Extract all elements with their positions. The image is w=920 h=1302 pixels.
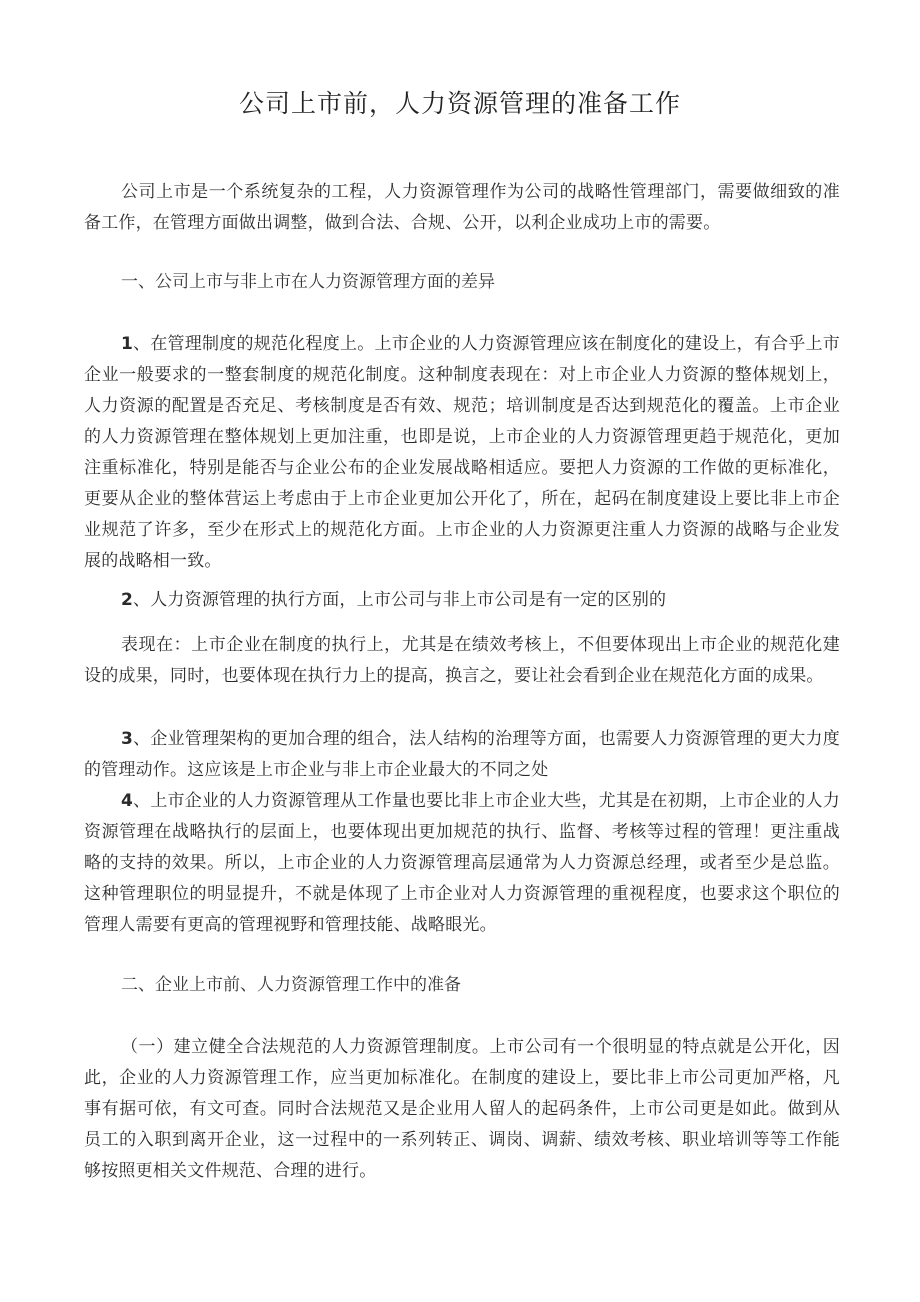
- section-2-item-1: （一）建立健全合法规范的人力资源管理制度。上市公司有一个很明显的特点就是公开化，…: [84, 1032, 840, 1187]
- item-text: 、在管理制度的规范化程度上。上市企业的人力资源管理应该在制度化的建设上，有合乎上…: [84, 334, 840, 571]
- document-title: 公司上市前，人力资源管理的准备工作: [0, 86, 920, 122]
- section-1-item-1: 1、在管理制度的规范化程度上。上市企业的人力资源管理应该在制度化的建设上，有合乎…: [84, 329, 840, 577]
- section-1-item-4: 4、上市企业的人力资源管理从工作量也要比非上市企业大些，尤其是在初期，上市企业的…: [84, 786, 840, 941]
- document-page: 公司上市前，人力资源管理的准备工作 公司上市是一个系统复杂的工程，人力资源管理作…: [0, 0, 920, 1302]
- section-1-item-3: 3、企业管理架构的更加合理的组合，法人结构的治理等方面，也需要人力资源管理的更大…: [84, 724, 840, 786]
- section-1-heading: 一、公司上市与非上市在人力资源管理方面的差异: [84, 267, 840, 298]
- section-1-item-2-detail: 表现在：上市企业在制度的执行上，尤其是在绩效考核上，不但要体现出上市企业的规范化…: [84, 630, 840, 692]
- item-number: 2: [121, 590, 133, 610]
- item-number: 4: [121, 791, 133, 811]
- item-text: 、上市企业的人力资源管理从工作量也要比非上市企业大些，尤其是在初期，上市企业的人…: [84, 791, 840, 935]
- section-1-item-2: 2、人力资源管理的执行方面，上市公司与非上市公司是有一定的区别的: [84, 585, 840, 616]
- intro-paragraph: 公司上市是一个系统复杂的工程，人力资源管理作为公司的战略性管理部门，需要做细致的…: [84, 177, 840, 239]
- item-text: 、人力资源管理的执行方面，上市公司与非上市公司是有一定的区别的: [133, 590, 666, 610]
- item-number: 3: [121, 729, 133, 749]
- item-text: 、企业管理架构的更加合理的组合，法人结构的治理等方面，也需要人力资源管理的更大力…: [84, 729, 840, 780]
- item-number: 1: [121, 334, 133, 354]
- section-2-heading: 二、企业上市前、人力资源管理工作中的准备: [84, 970, 840, 1001]
